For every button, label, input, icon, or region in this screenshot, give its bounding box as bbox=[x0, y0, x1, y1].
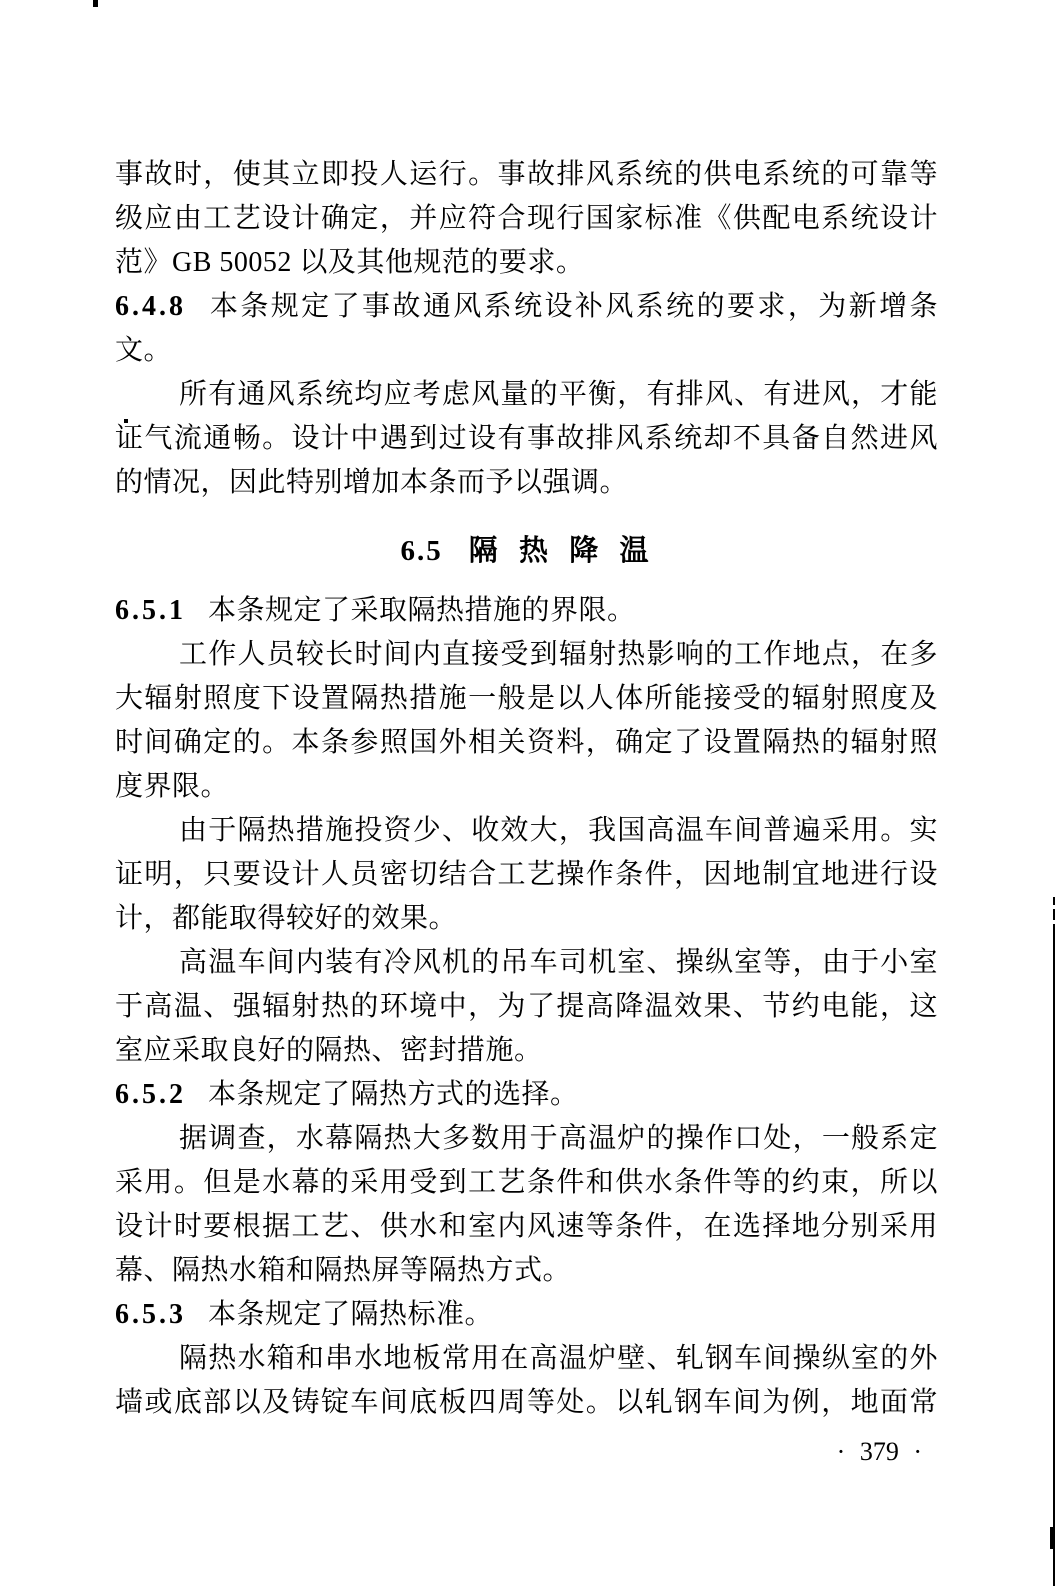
text-line: 隔热水箱和串水地板常用在高温炉壁、轧钢车间操纵室的外 bbox=[115, 1337, 938, 1381]
text-line: 于高温、强辐射热的环境中，为了提高降温效果、节约电能，这些小 bbox=[115, 985, 938, 1029]
text-line: 证气流通畅。设计中遇到过设有事故排风系统却不具备自然进风 bbox=[115, 417, 938, 461]
section-heading: 6.5隔 热 降 温 bbox=[115, 529, 938, 573]
clause-text: 本条规定了采取隔热措施的界限。 bbox=[208, 595, 636, 626]
section-number: 6.5 bbox=[400, 535, 442, 567]
text-line: 工作人员较长时间内直接受到辐射热影响的工作地点，在多 bbox=[115, 633, 938, 677]
text-line: 由于隔热措施投资少、收效大，我国高温车间普遍采用。实践 bbox=[115, 809, 938, 853]
clause-6-5-1-line: 6.5.1本条规定了采取隔热措施的界限。 bbox=[115, 589, 938, 633]
clause-number: 6.5.3 bbox=[115, 1299, 186, 1330]
text-line: 事故时，使其立即投人运行。事故排风系统的供电系统的可靠等 bbox=[115, 153, 938, 197]
clause-text: 本条规定了事故通风系统设补风系统的要求，为新增条 bbox=[208, 291, 938, 322]
text-line: 文。 bbox=[115, 329, 938, 373]
clause-number: 6.5.2 bbox=[115, 1079, 186, 1110]
text-line: 幕、隔热水箱和隔热屏等隔热方式。 bbox=[115, 1249, 938, 1293]
text-line: 室应采取良好的隔热、密封措施。 bbox=[115, 1029, 938, 1073]
text-line: 时间确定的。本条参照国外相关资料，确定了设置隔热的辐射照 bbox=[115, 721, 938, 765]
document-page: 事故时，使其立即投人运行。事故排风系统的供电系统的可靠等 级应由工艺设计确定，并… bbox=[0, 0, 1056, 1586]
scan-artifact-right-dash bbox=[1053, 897, 1055, 905]
text-column: 事故时，使其立即投人运行。事故排风系统的供电系统的可靠等 级应由工艺设计确定，并… bbox=[115, 153, 938, 1469]
text-line: 大辐射照度下设置隔热措施一般是以人体所能接受的辐射照度及 bbox=[115, 677, 938, 721]
text-line: 计，都能取得较好的效果。 bbox=[115, 897, 938, 941]
text-line: 据调查，水幕隔热大多数用于高温炉的操作口处，一般系定点 bbox=[115, 1117, 938, 1161]
page-number: · 379 · bbox=[115, 1435, 938, 1469]
text-line: 的情况，因此特别增加本条而予以强调。 bbox=[115, 461, 938, 505]
scan-artifact-right-dash bbox=[1053, 909, 1055, 920]
text-line: 高温车间内装有冷风机的吊车司机室、操纵室等，由于小室位 bbox=[115, 941, 938, 985]
text-line: 墙或底部以及铸锭车间底板四周等处。以轧钢车间为例，地面常 bbox=[115, 1381, 938, 1425]
clause-6-5-2-line: 6.5.2本条规定了隔热方式的选择。 bbox=[115, 1073, 938, 1117]
scan-artifact-top-tick bbox=[93, 0, 98, 7]
clause-text: 本条规定了隔热方式的选择。 bbox=[208, 1079, 579, 1110]
text-line: 采用。但是水幕的采用受到工艺条件和供水条件等的约束，所以 bbox=[115, 1161, 938, 1205]
scan-artifact-right-line bbox=[1053, 924, 1055, 1586]
text-line: 度界限。 bbox=[115, 765, 938, 809]
clause-text: 本条规定了隔热标准。 bbox=[208, 1299, 493, 1330]
text-line: 证明，只要设计人员密切结合工艺操作条件，因地制宜地进行设 bbox=[115, 853, 938, 897]
text-line: 设计时要根据工艺、供水和室内风速等条件，在选择地分别采用水 bbox=[115, 1205, 938, 1249]
text-line: 范》GB 50052 以及其他规范的要求。 bbox=[115, 241, 938, 285]
text-line: 级应由工艺设计确定，并应符合现行国家标准《供配电系统设计规 bbox=[115, 197, 938, 241]
text-line: 所有通风系统均应考虑风量的平衡，有排风、有进风，才能保 bbox=[115, 373, 938, 417]
clause-6-4-8-line: 6.4.8本条规定了事故通风系统设补风系统的要求，为新增条 bbox=[115, 285, 938, 329]
clause-6-5-3-line: 6.5.3本条规定了隔热标准。 bbox=[115, 1293, 938, 1337]
section-title: 隔 热 降 温 bbox=[469, 535, 653, 567]
clause-number: 6.4.8 bbox=[115, 291, 186, 322]
scan-artifact-right-blob bbox=[1050, 1527, 1055, 1549]
clause-number: 6.5.1 bbox=[115, 595, 186, 626]
